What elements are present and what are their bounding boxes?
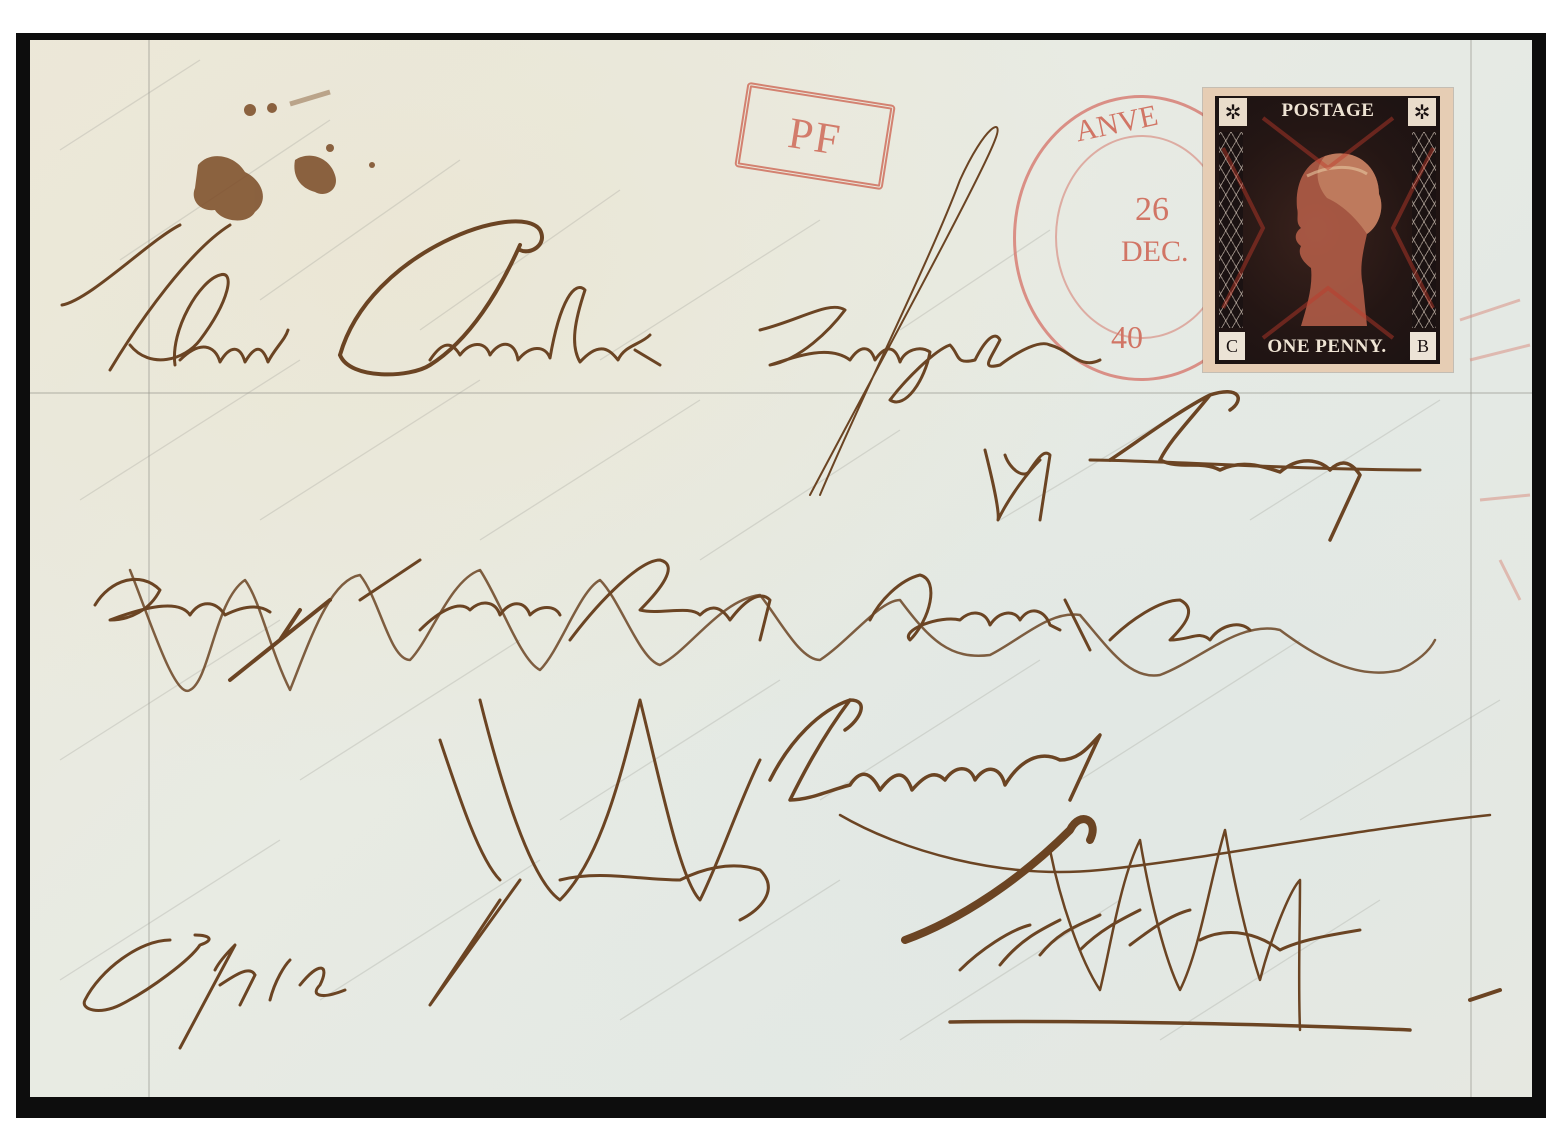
handwriting-line-4 bbox=[430, 700, 1490, 1005]
handwriting-line-2 bbox=[985, 392, 1420, 540]
handwriting-line-3 bbox=[95, 560, 1435, 691]
handwriting-line-5 bbox=[905, 819, 1500, 1030]
handwriting-endorsement bbox=[84, 935, 345, 1048]
handwriting-line-1 bbox=[62, 127, 1100, 495]
handwritten-address bbox=[0, 0, 1567, 1135]
